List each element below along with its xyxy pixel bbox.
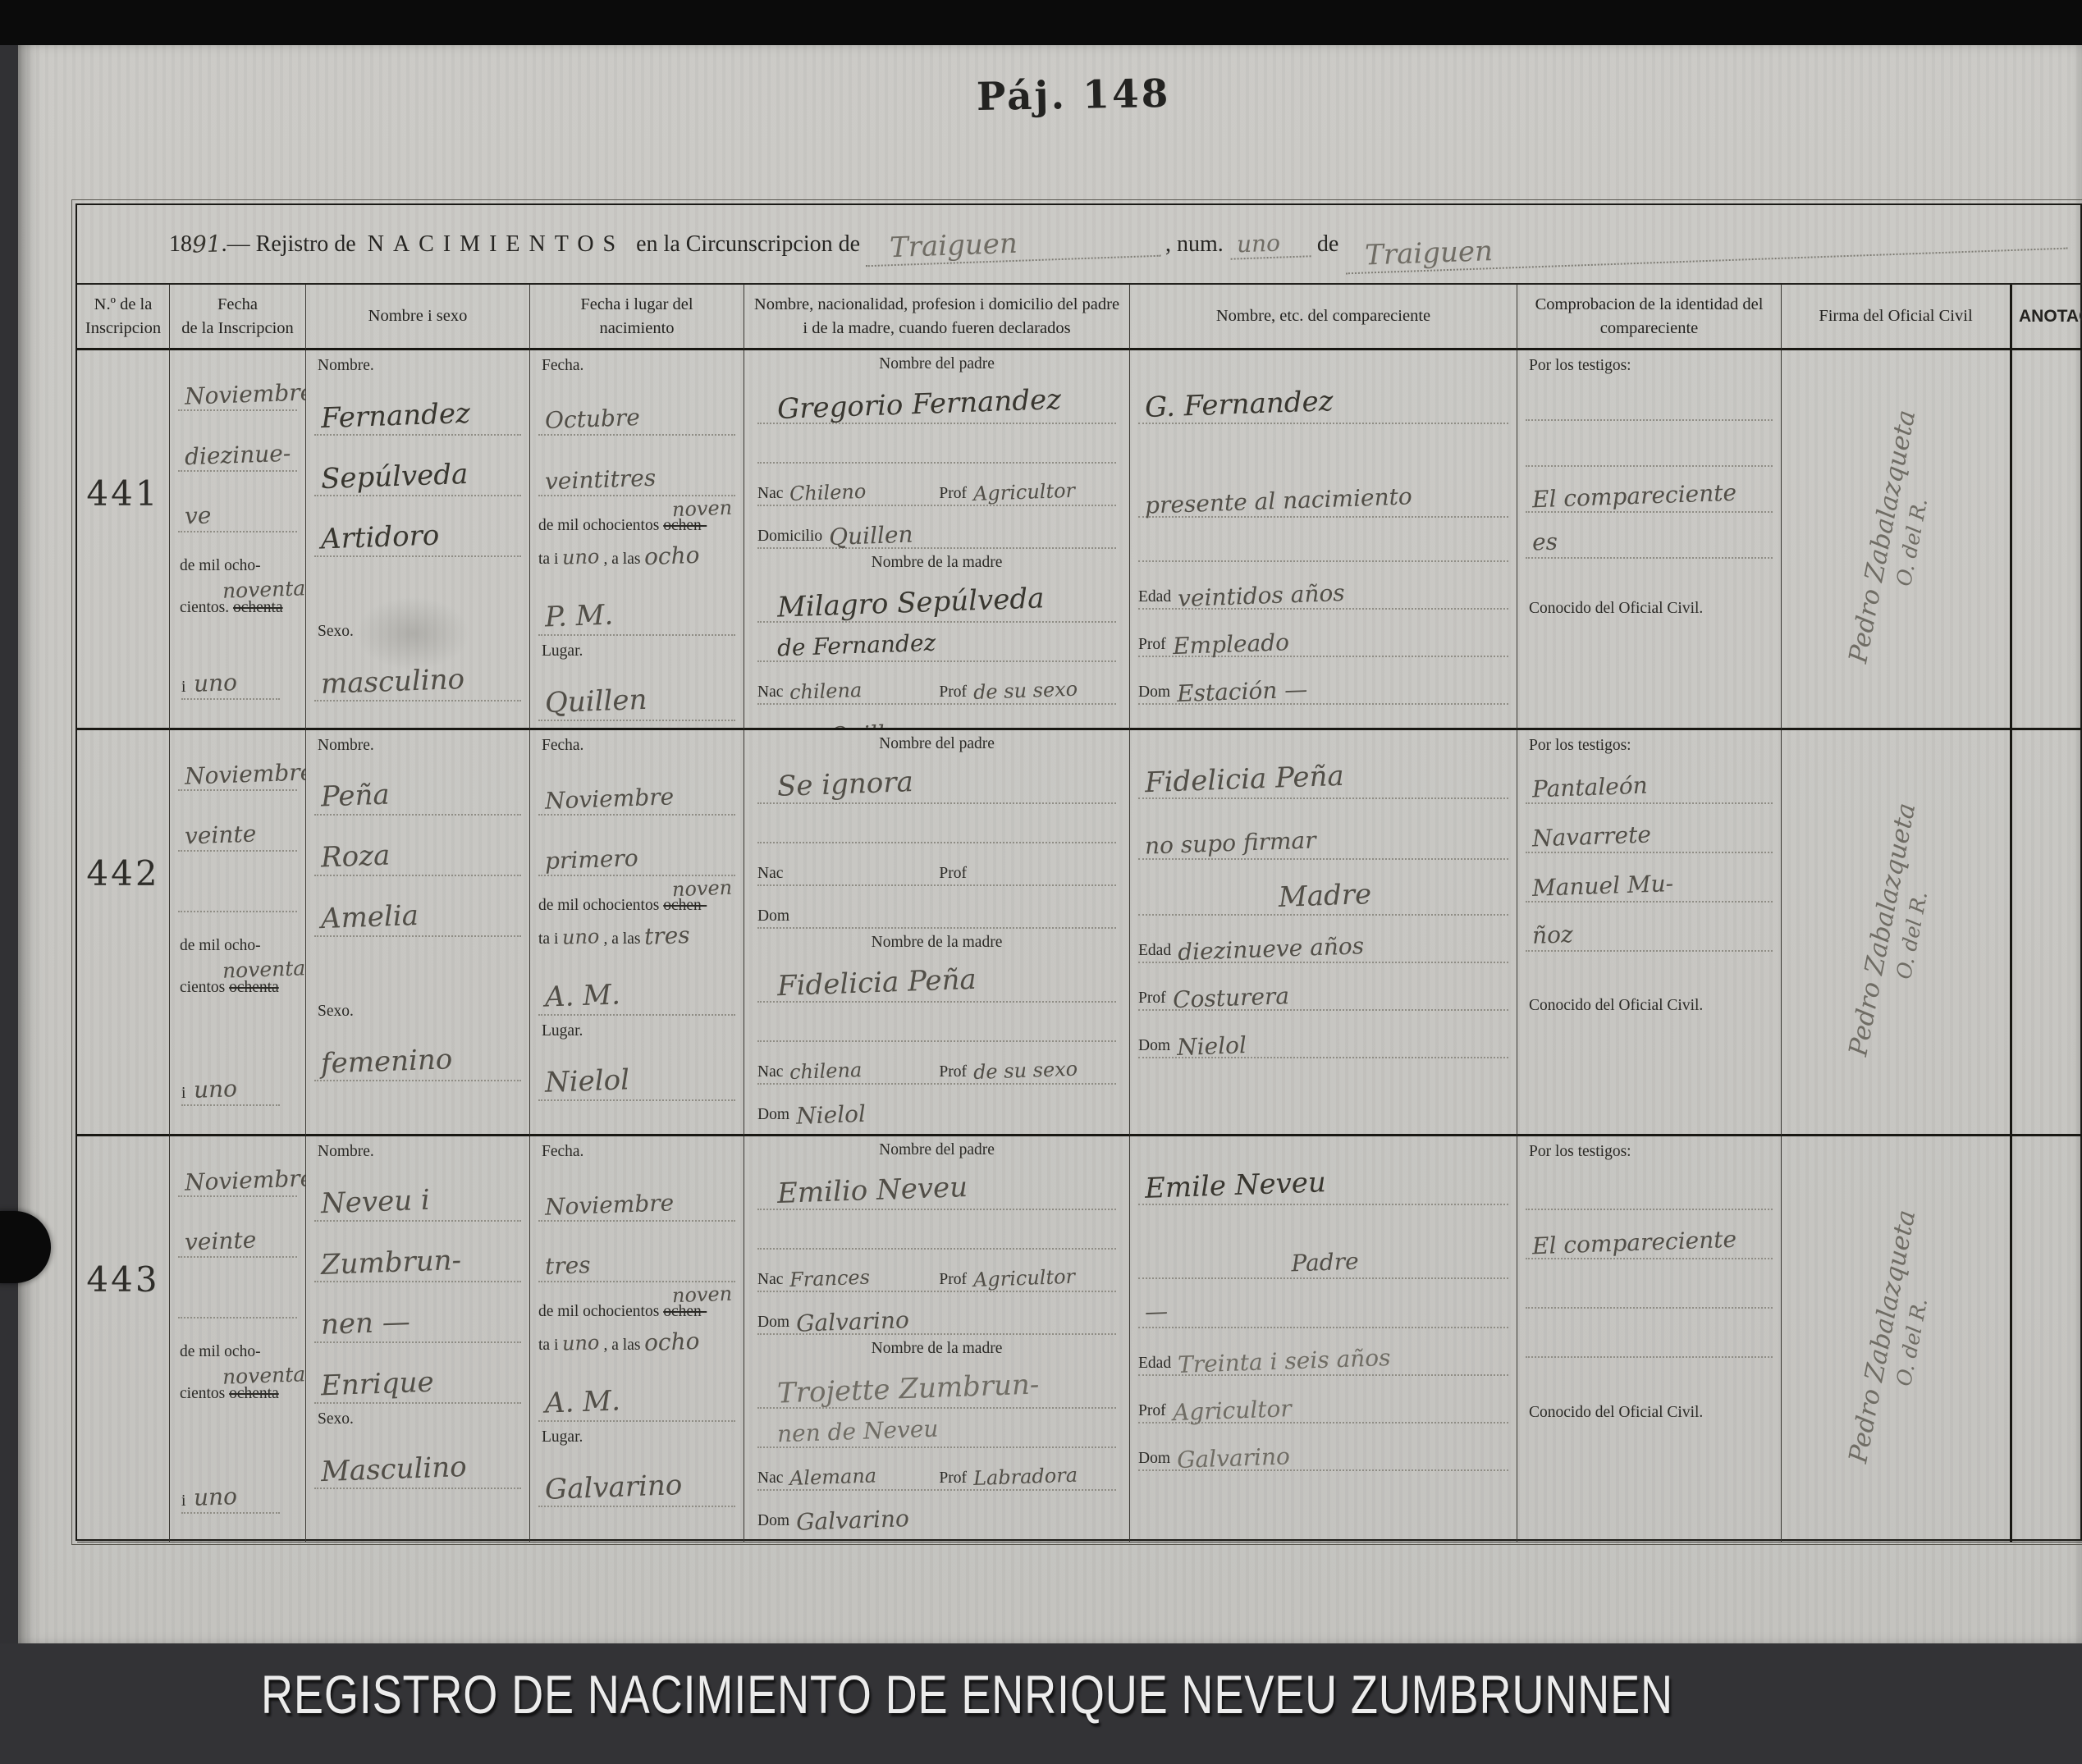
father-name: Emilio Neveu xyxy=(776,1171,968,1210)
column-header-birth-date-place: Fecha i lugar delnacimiento xyxy=(530,285,744,350)
child-given-name: Enrique xyxy=(320,1366,434,1403)
lugar-label: Lugar. xyxy=(542,642,744,660)
row-442-inscription-date-cell: Noviembre veinte de mil ocho- noventa ci… xyxy=(170,730,306,1136)
row-443-name-sex-cell: Nombre. Neveu i Zumbrun- nen — Enrique S… xyxy=(306,1136,530,1542)
row-441-annotations-cell xyxy=(2012,350,2082,730)
birth-ampm: P. M. xyxy=(544,599,614,634)
inscription-month: Noviembre xyxy=(184,378,306,409)
madre-label: Nombre de la madre xyxy=(744,554,1129,572)
child-sex: masculino xyxy=(320,663,464,701)
father-nationality: Chileno xyxy=(789,478,933,505)
declarant-profession: Empleado xyxy=(1172,621,1508,660)
inscription-year-printed: de mil ocho- noventa cientos. ochenta xyxy=(180,554,297,620)
mother-profession: Labradora xyxy=(973,1462,1117,1490)
column-header-inscription-date: Fechade la Inscripcion xyxy=(170,285,306,350)
child-given-name: Amelia xyxy=(320,899,419,935)
declarant-domicile: Nielol xyxy=(1177,1022,1509,1061)
num-handwritten: uno xyxy=(1229,228,1311,259)
inscription-number: 443 xyxy=(77,1259,169,1300)
child-surname: Neveu i xyxy=(320,1184,430,1221)
birth-hour: tres xyxy=(644,917,691,956)
birth-day: primero xyxy=(544,844,638,875)
column-header-name-sex: Nombre i sexo xyxy=(306,285,530,350)
row-441-identity-proof-cell: Por los testigos: El compareciente es Co… xyxy=(1517,350,1782,730)
padre-label: Nombre del padre xyxy=(744,355,1129,373)
row-441-inscription-date-cell: Noviembre diezinue- ve de mil ocho- nove… xyxy=(170,350,306,730)
row-441-name-sex-cell: Nombre. Fernandez Sepúlveda Artidoro Sex… xyxy=(306,350,530,730)
birth-registry-table: 18 91 .— Rejistro de NACIMIENTOS en la C… xyxy=(76,203,2082,1541)
year-correction: noventa xyxy=(222,573,305,606)
official-signature: Pedro Zabalazqueta O. del R. xyxy=(1843,408,1947,671)
row-443-declarant-cell: Emile Neveu Padre — EdadTreinta i seis a… xyxy=(1130,1136,1517,1542)
registry-title-band: 18 91 .— Rejistro de NACIMIENTOS en la C… xyxy=(77,205,2082,285)
registry-title-prefix: .— Rejistro de xyxy=(222,231,356,258)
declarant-domicile: Galvarino xyxy=(1177,1435,1509,1474)
birth-year-printed: noven de mil ochocientos ochen- ta i uno… xyxy=(538,513,737,575)
official-signature: Pedro Zabalazqueta O. del R. xyxy=(1843,801,1947,1064)
inscription-month: Noviembre xyxy=(184,1164,306,1195)
child-given-name: Artidoro xyxy=(320,519,440,555)
mother-name: Milagro Sepúlveda xyxy=(776,582,1045,624)
birth-ampm: A. M. xyxy=(544,978,620,1013)
mother-nationality: chilena xyxy=(789,676,933,704)
declarant-name: Fidelicia Peña xyxy=(1144,760,1344,799)
column-header-parents: Nombre, nacionalidad, profesion i domici… xyxy=(744,285,1130,350)
mother-nationality: Alemana xyxy=(789,1462,933,1490)
nombre-label: Nombre. xyxy=(318,357,529,375)
birth-place: Nielol xyxy=(544,1063,629,1099)
declarant-domicile: Estación — xyxy=(1177,669,1509,707)
row-442-number-cell: 442 xyxy=(77,730,170,1136)
row-442-parents-cell: Nombre del padre Se ignora Nac Prof Dom … xyxy=(744,730,1130,1136)
row-443-official-signature-cell: Pedro Zabalazqueta O. del R. xyxy=(1782,1136,2012,1542)
inscription-number: 442 xyxy=(77,853,169,893)
row-442-declarant-cell: Fidelicia Peña no supo firmar Madre Edad… xyxy=(1130,730,1517,1136)
mother-domicile: Nielol xyxy=(796,1091,1117,1130)
birth-month: Octubre xyxy=(544,404,640,434)
row-442-identity-proof-cell: Por los testigos: Pantaleón Navarrete Ma… xyxy=(1517,730,1782,1136)
row-443-parents-cell: Nombre del padre Emilio Neveu Nac France… xyxy=(744,1136,1130,1542)
num-label: , num. xyxy=(1165,231,1224,258)
declarant-age: Treinta i seis años xyxy=(1178,1340,1509,1378)
birth-place: Quillen xyxy=(544,683,647,720)
row-441-declarant-cell: G. Fernandez presente al nacimiento Edad… xyxy=(1130,350,1517,730)
declarant-note: presente al nacimiento xyxy=(1145,482,1413,519)
top-black-bar xyxy=(0,0,2082,45)
father-profession: Agricultor xyxy=(973,478,1117,505)
inscription-day: veinte xyxy=(184,1226,256,1255)
father-domicile: Quillen xyxy=(829,514,1117,551)
row-442-name-sex-cell: Nombre. Peña Roza Amelia Sexo. femenino xyxy=(306,730,530,1136)
row-441-birth-date-place-cell: Fecha. Octubre veintitres noven de mil o… xyxy=(530,350,744,730)
mother-domicile: Quillen xyxy=(829,712,1117,730)
mother-domicile: Galvarino xyxy=(796,1497,1117,1536)
child-surname: Fernandez xyxy=(320,397,470,435)
declarant-signature: G. Fernandez xyxy=(1144,385,1334,424)
birth-day: tres xyxy=(544,1251,591,1280)
testigos-label: Por los testigos: xyxy=(1529,357,1781,375)
witness-name: Pantaleón xyxy=(1531,772,1648,803)
father-nationality: Frances xyxy=(789,1264,933,1291)
page-number: Páj. 148 xyxy=(977,71,1171,120)
declarant-age: diezinueve años xyxy=(1178,927,1509,966)
row-443-identity-proof-cell: Por los testigos: El compareciente Conoc… xyxy=(1517,1136,1782,1542)
caption-band: REGISTRO DE NACIMIENTO DE ENRIQUE NEVEU … xyxy=(0,1643,2082,1764)
row-441-number-cell: 441 xyxy=(77,350,170,730)
mother-name: Fidelicia Peña xyxy=(776,963,977,1003)
conocido-label: Conocido del Oficial Civil. xyxy=(1529,600,1703,618)
child-sex: femenino xyxy=(320,1043,453,1081)
row-443-birth-date-place-cell: Fecha. Noviembre tres noven de mil ochoc… xyxy=(530,1136,744,1542)
row-442-official-signature-cell: Pedro Zabalazqueta O. del R. xyxy=(1782,730,2012,1136)
mother-nationality: chilena xyxy=(789,1056,933,1084)
birth-hour: ocho xyxy=(644,1323,701,1362)
fecha-label: Fecha. xyxy=(542,357,744,375)
declarant-note: no supo firmar xyxy=(1144,826,1316,859)
identity-note: El compareciente xyxy=(1532,1226,1737,1260)
identity-note: El compareciente xyxy=(1532,479,1737,514)
document-paper: Páj. 148 18 91 .— Rejistro de NACIMIENTO… xyxy=(18,45,2082,1643)
row-443-number-cell: 443 xyxy=(77,1136,170,1542)
declarant-profession: Agricultor xyxy=(1172,1387,1508,1426)
child-sex: Masculino xyxy=(320,1451,467,1488)
column-header-declarant: Nombre, etc. del compareciente xyxy=(1130,285,1517,350)
birth-ampm: A. M. xyxy=(544,1384,620,1419)
row-441-official-signature-cell: Pedro Zabalazqueta O. del R. xyxy=(1782,350,2012,730)
birth-place: Galvarino xyxy=(544,1469,683,1506)
birth-hour: ocho xyxy=(644,537,701,576)
row-442-birth-date-place-cell: Fecha. Noviembre primero noven de mil oc… xyxy=(530,730,744,1136)
father-name: Gregorio Fernandez xyxy=(776,383,1061,426)
witness-name-2: Manuel Mu- xyxy=(1531,870,1673,902)
de-label: de xyxy=(1317,231,1338,258)
declarant-profession: Costurera xyxy=(1172,975,1508,1013)
mother-name: Trojette Zumbrun- xyxy=(776,1368,1040,1410)
inscription-day: diezinue- xyxy=(184,440,291,470)
birth-month: Noviembre xyxy=(544,1189,674,1220)
declarant-age: veintidos años xyxy=(1178,574,1509,612)
district2-handwritten: Traiguen xyxy=(1345,214,2068,274)
year-handwritten: 91 xyxy=(191,230,222,258)
birth-day: veintitres xyxy=(544,464,656,496)
inscription-day: veinte xyxy=(184,820,256,849)
registry-title-circ: en la Circunscripcion de xyxy=(636,231,860,258)
birth-month: Noviembre xyxy=(544,783,674,814)
scanned-birth-registry-page: { "page": { "page_label": "Páj. 148", "c… xyxy=(0,0,2082,1764)
mother-profession: de su sexo xyxy=(973,676,1117,704)
column-header-inscription-number: N.º de laInscripcion xyxy=(77,285,170,350)
child-surname: Peña xyxy=(320,779,390,814)
official-signature: Pedro Zabalazqueta O. del R. xyxy=(1843,1208,1947,1471)
father-name: Se ignora xyxy=(776,765,913,803)
row-443-inscription-date-cell: Noviembre veinte de mil ocho- noventa ci… xyxy=(170,1136,306,1542)
caption-text: REGISTRO DE NACIMIENTO DE ENRIQUE NEVEU … xyxy=(261,1663,1673,1725)
column-header-official-signature: Firma del Oficial Civil xyxy=(1782,285,2012,350)
district-handwritten: Traiguen xyxy=(864,222,1160,267)
row-441-parents-cell: Nombre del padre Gregorio Fernandez Nac … xyxy=(744,350,1130,730)
father-domicile: Galvarino xyxy=(796,1299,1117,1337)
year-printed: 18 xyxy=(169,231,192,258)
row-442-annotations-cell xyxy=(2012,730,2082,1136)
registry-title-main: NACIMIENTOS xyxy=(368,231,625,258)
column-header-identity-proof: Comprobacion de la identidad delcomparec… xyxy=(1517,285,1782,350)
declarant-relationship: Padre xyxy=(1145,1242,1506,1282)
mother-profession: de su sexo xyxy=(973,1056,1117,1084)
column-header-annotations: ANOTACION xyxy=(2012,285,2082,350)
declarant-signature: Emile Neveu xyxy=(1144,1166,1326,1205)
father-profession: Agricultor xyxy=(973,1264,1117,1291)
inscription-number: 441 xyxy=(77,473,169,514)
inscription-month: Noviembre xyxy=(184,758,306,789)
row-443-annotations-cell xyxy=(2012,1136,2082,1542)
